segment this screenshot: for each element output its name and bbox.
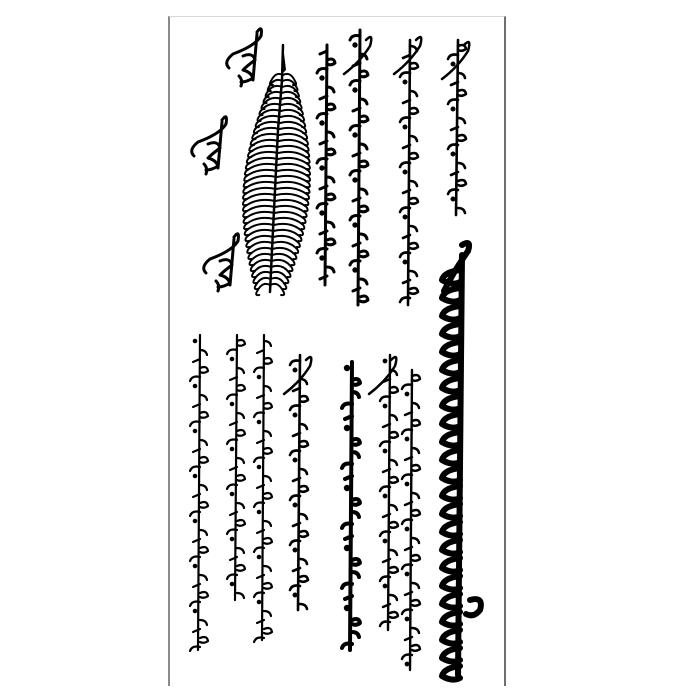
- script-column: [380, 355, 398, 630]
- script-column: [254, 335, 272, 642]
- bold-script-column: [442, 243, 481, 680]
- script-column: [350, 30, 368, 305]
- monogram-icon: [204, 234, 239, 291]
- script-column: [342, 362, 360, 650]
- feather-icon: [243, 45, 310, 295]
- calligraphy-artwork: [0, 0, 700, 700]
- script-column: [317, 45, 335, 285]
- monogram-icon: [227, 29, 262, 86]
- script-column: [402, 370, 420, 670]
- script-column: [290, 355, 308, 610]
- script-column: [227, 335, 245, 600]
- script-column: [190, 335, 208, 651]
- monogram-icon: [192, 117, 227, 174]
- script-column: [400, 40, 418, 305]
